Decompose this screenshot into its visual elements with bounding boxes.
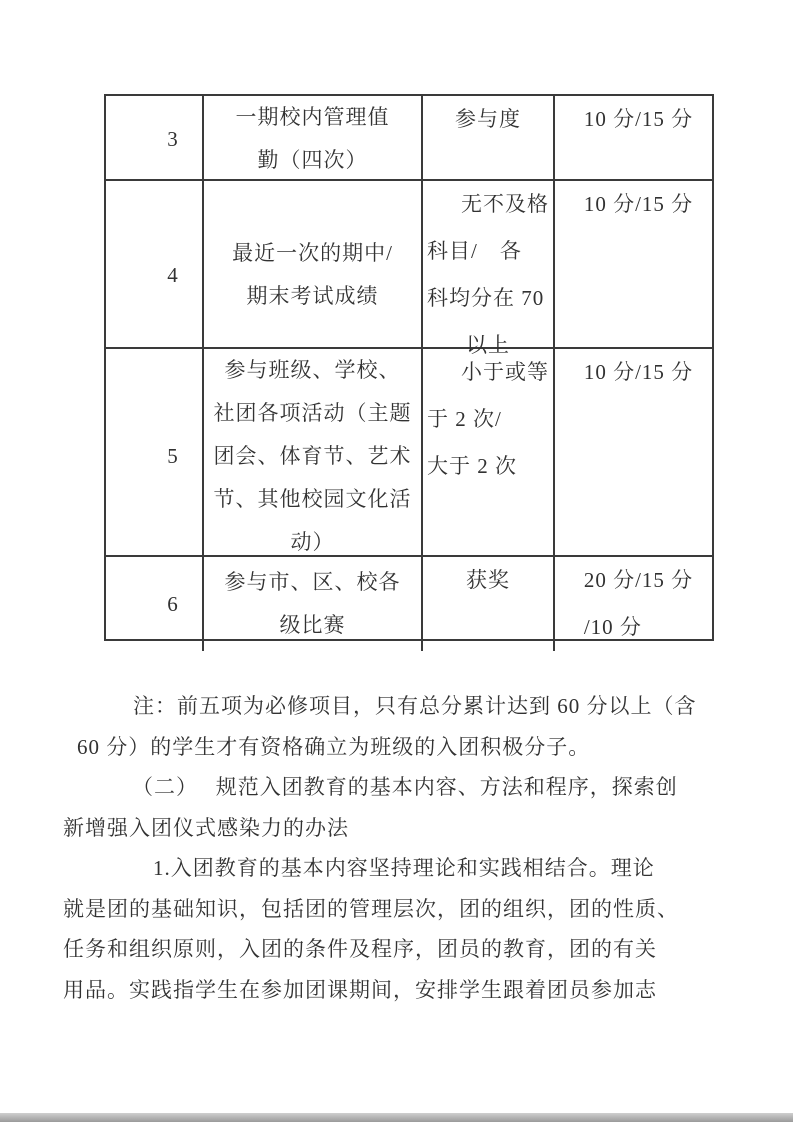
item-line: 节、其他校园文化活	[204, 478, 421, 521]
row-number-cell: 4	[106, 181, 202, 369]
score-line: 10 分/15 分	[584, 349, 693, 396]
item-line: 级比赛	[204, 604, 421, 647]
evaluation-score-table: 3 一期校内管理值 勤（四次） 参与度 10 分/15 分 4 最近一次的期中/	[104, 94, 714, 641]
score-line: 10 分/15 分	[584, 96, 693, 143]
item-line: 最近一次的期中/	[204, 232, 421, 275]
document-page: 3 一期校内管理值 勤（四次） 参与度 10 分/15 分 4 最近一次的期中/	[0, 0, 793, 1122]
table-row: 4 最近一次的期中/ 期末考试成绩 无不及格 科目/ 各 科均分在 70 以上 …	[106, 179, 712, 347]
row-number: 3	[167, 118, 179, 161]
table-row: 3 一期校内管理值 勤（四次） 参与度 10 分/15 分	[106, 96, 712, 179]
criteria-cell: 参与度	[421, 96, 553, 182]
item-line: 团会、体育节、艺术	[204, 435, 421, 478]
criteria-cell: 小于或等 于 2 次/ 大于 2 次	[421, 349, 553, 564]
row-number: 5	[167, 435, 179, 478]
body-line-note: 注：前五项为必修项目，只有总分累计达到 60 分以上（含	[0, 686, 793, 727]
item-cell: 最近一次的期中/ 期末考试成绩	[202, 181, 421, 369]
score-block: 10 分/15 分	[574, 181, 693, 228]
score-block: 20 分/15 分 /10 分	[574, 557, 693, 651]
score-cell: 10 分/15 分	[553, 181, 712, 369]
row-number-cell: 5	[106, 349, 202, 564]
item-line: 社团各项活动（主题	[204, 392, 421, 435]
body-line-paragraph: 用品。实践指学生在参加团课期间，安排学生跟着团员参加志	[0, 970, 793, 1011]
criteria-line: 大于 2 次	[427, 443, 549, 490]
scan-edge-artifact	[0, 1113, 793, 1122]
body-line-section-heading: （二） 规范入团教育的基本内容、方法和程序，探索创	[0, 767, 793, 808]
score-cell: 10 分/15 分	[553, 349, 712, 564]
row-number: 4	[167, 254, 179, 297]
criteria-line: 小于或等	[427, 349, 549, 396]
table-row: 6 参与市、区、校各 级比赛 获奖 20 分/15 分 /10 分	[106, 555, 712, 639]
criteria-line: 无不及格	[427, 181, 549, 228]
score-cell: 10 分/15 分	[553, 96, 712, 182]
criteria-line: 获奖	[427, 557, 549, 604]
criteria-cell: 获奖	[421, 557, 553, 651]
criteria-line: 科均分在 70	[427, 275, 549, 322]
criteria-line: 于 2 次/	[427, 396, 549, 443]
item-cell: 参与班级、学校、 社团各项活动（主题 团会、体育节、艺术 节、其他校园文化活 动…	[202, 349, 421, 564]
row-number-cell: 3	[106, 96, 202, 182]
body-line-paragraph: 就是团的基础知识，包括团的管理层次，团的组织，团的性质、	[0, 889, 793, 930]
criteria-cell: 无不及格 科目/ 各 科均分在 70 以上	[421, 181, 553, 369]
score-cell: 20 分/15 分 /10 分	[553, 557, 712, 651]
score-block: 10 分/15 分	[574, 349, 693, 396]
body-paragraphs: 注：前五项为必修项目，只有总分累计达到 60 分以上（含 60 分）的学生才有资…	[0, 686, 793, 1010]
score-line: /10 分	[584, 604, 693, 651]
item-line: 参与班级、学校、	[204, 349, 421, 392]
body-line-paragraph: 1.入团教育的基本内容坚持理论和实践相结合。理论	[0, 848, 793, 889]
score-block: 10 分/15 分	[574, 96, 693, 143]
body-line-section-heading: 新增强入团仪式感染力的办法	[0, 808, 793, 849]
item-cell: 一期校内管理值 勤（四次）	[202, 96, 421, 182]
item-line: 勤（四次）	[204, 139, 421, 182]
body-line-paragraph: 任务和组织原则，入团的条件及程序，团员的教育，团的有关	[0, 929, 793, 970]
item-cell: 参与市、区、校各 级比赛	[202, 557, 421, 651]
row-number-cell: 6	[106, 557, 202, 651]
row-number: 6	[167, 583, 179, 626]
table-row: 5 参与班级、学校、 社团各项活动（主题 团会、体育节、艺术 节、其他校园文化活…	[106, 347, 712, 555]
criteria-line: 参与度	[427, 96, 549, 143]
item-line: 一期校内管理值	[204, 96, 421, 139]
criteria-line: 科目/ 各	[427, 228, 549, 275]
score-line: 20 分/15 分	[584, 557, 693, 604]
item-line: 期末考试成绩	[204, 275, 421, 318]
body-line-note: 60 分）的学生才有资格确立为班级的入团积极分子。	[0, 727, 793, 768]
item-line: 参与市、区、校各	[204, 561, 421, 604]
score-line: 10 分/15 分	[584, 181, 693, 228]
